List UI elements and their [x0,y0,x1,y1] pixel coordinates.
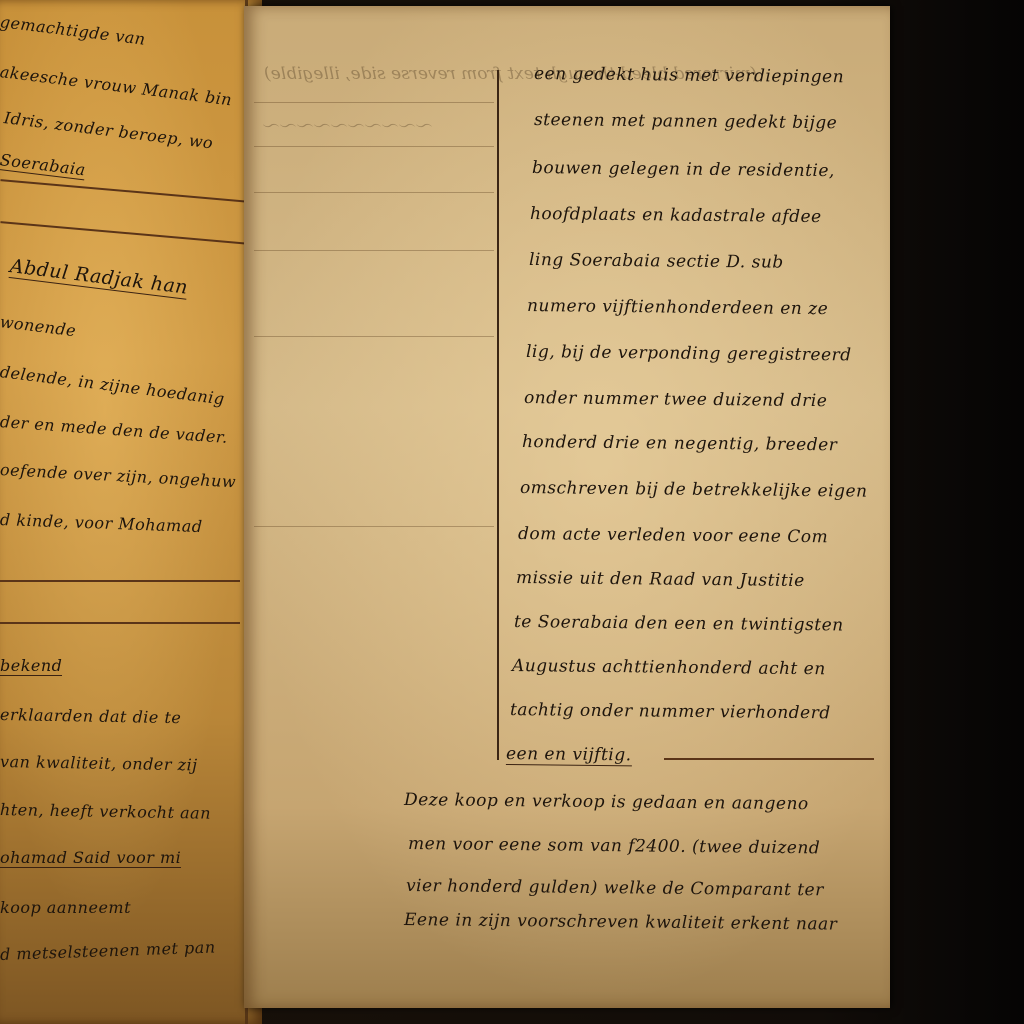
left-page: gemachtigde van akeesche vrouw Manak bin… [0,0,262,1024]
ruled-line [254,250,494,251]
right-page: (mirrored bleed-through text from revers… [244,6,890,1008]
text-line: koop aanneemt [0,898,131,917]
text-line: d kinde, voor Mohamad [0,510,203,536]
ruled-line [0,622,240,624]
text-line: ling Soerabaia sectie D. sub [529,250,784,273]
ruled-line [0,580,240,582]
ruled-line [254,526,494,527]
text-line: Deze koop en verkoop is gedaan en aangen… [404,790,809,814]
text-line: tachtig onder nummer vierhonderd [510,700,831,723]
text-line: Soerabaia [0,150,87,180]
text-line: een en vijftig. [506,744,632,766]
text-line: hten, heeft verkocht aan [0,800,211,823]
text-line: ohamad Said voor mi [0,848,181,868]
text-line: omschreven bij de betrekkelijke eigen [520,478,868,502]
ruled-line [0,179,249,203]
ruled-line [664,758,874,760]
text-line: vier honderd gulden) welke de Comparant … [406,876,824,900]
text-line: missie uit den Raad van Justitie [516,568,805,591]
text-line: wonende [0,312,77,340]
text-line: onder nummer twee duizend drie [524,388,828,411]
text-line: delende, in zijne hoedanig [0,362,226,408]
text-line: Eene in zijn voorschreven kwaliteit erke… [404,910,837,935]
ruled-line [254,192,494,193]
ruled-line [254,336,494,337]
text-line: Idris, zonder beroep, wo [3,108,214,153]
text-line: Abdul Radjak han [9,255,190,300]
text-line: van kwaliteit, onder zij [0,752,198,774]
column-divider [497,70,499,760]
text-line: dom acte verleden voor eene Com [518,524,828,547]
text-line: een gedekt huis met verdiepingen [534,64,844,87]
text-line: der en mede den de vader. [0,412,229,447]
ruled-line [254,146,494,147]
text-line: akeesche vrouw Manak bin [0,62,233,109]
ruled-line [0,221,249,245]
text-line: bekend [0,656,62,676]
text-line: hoofdplaats en kadastrale afdee [530,204,822,227]
text-line: gemachtigde van [0,12,147,49]
text-line: men voor eene som van f2400. (twee duize… [408,834,820,858]
text-line: erklaarden dat die te [0,705,182,727]
text-line: bouwen gelegen in de residentie, [532,158,835,181]
text-line: d metselsteenen met pan [0,937,216,964]
text-line: numero vijftienhonderdeen en ze [527,296,828,319]
text-line: lig, bij de verponding geregistreerd [526,342,852,365]
text-line: oefende over zijn, ongehuw [0,460,237,491]
text-line: te Soerabaia den een en twintigsten [514,612,844,635]
text-line: honderd drie en negentig, breeder [522,432,838,455]
bleedthrough-text: ～～～～～～～～～～ [264,112,434,137]
text-line: Augustus achttienhonderd acht en [512,656,826,679]
ruled-line [254,102,494,103]
text-line: steenen met pannen gedekt bijge [534,110,837,133]
